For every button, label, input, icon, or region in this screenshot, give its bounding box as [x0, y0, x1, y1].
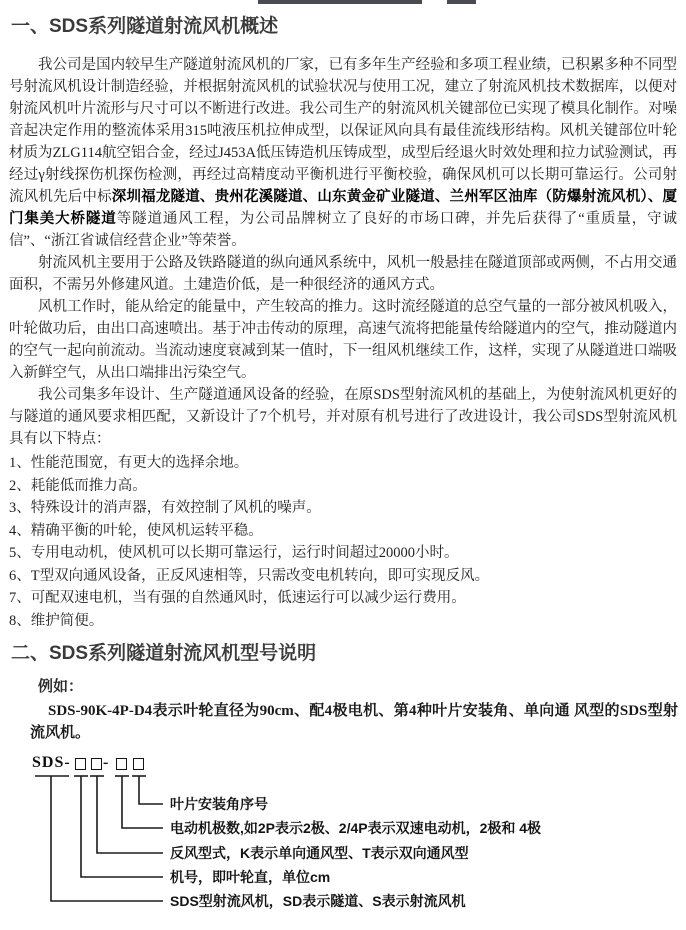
overview-paragraph-4: 我公司集多年设计、生产隧道通风设备的经验，在原SDS型射流风机的基础上，为使射流… — [9, 384, 677, 450]
model-box-fan-size-1 — [75, 758, 86, 770]
example-label: 例如： — [38, 675, 677, 696]
label-motor-poles: 电动机极数,如2P表示2极、2/4P表示双速电动机，2极和 4极 — [170, 818, 541, 838]
label-sds-meaning: SDS型射流风机，SD表示隧道、S表示射流风机 — [170, 891, 466, 911]
label-fan-size: 机号，即叶轮直，单位cm — [170, 867, 330, 887]
overview-paragraph-1: 我公司是国内较早生产隧道射流风机的厂家，已有多年生产经验和多项工程业绩，已积累多… — [9, 54, 677, 252]
model-box-blade-angle — [133, 758, 144, 770]
document-content: 一、SDS系列隧道射流风机概述 我公司是国内较早生产隧道射流风机的厂家，已有多年… — [0, 14, 686, 930]
feature-item-6: 6、T型双向通风设备，正反风速相等，只需改变电机转向，即可实现反风。 — [9, 565, 677, 588]
label-reverse-type: 反风型式，K表示单向通风型、T表示双向通风型 — [170, 843, 469, 863]
feature-item-2: 2、耗能低而推力高。 — [9, 475, 677, 498]
cutoff-header-bar-left — [258, 0, 422, 4]
model-box-fan-size-2 — [91, 758, 102, 770]
label-blade-angle-serial: 叶片安装角序号 — [170, 794, 268, 814]
model-prefix-text: SDS- — [32, 754, 71, 772]
document-page: 一、SDS系列隧道射流风机概述 我公司是国内较早生产隧道射流风机的厂家，已有多年… — [0, 0, 686, 930]
cutoff-header-bar-right — [447, 0, 476, 4]
example-model-description: SDS-90K-4P-D4表示叶轮直径为90cm、配4极电机、第4种叶片安装角、… — [30, 700, 678, 744]
section2-heading: 二、SDS系列隧道射流风机型号说明 — [9, 641, 677, 667]
paragraph1-text-before: 我公司是国内较早生产隧道射流风机的厂家，已有多年生产经验和多项工程业绩，已积累多… — [9, 57, 677, 205]
model-box-pole-code — [116, 758, 127, 770]
feature-item-1: 1、性能范围宽，有更大的选择余地。 — [9, 452, 677, 475]
section1-heading: 一、SDS系列隧道射流风机概述 — [9, 14, 677, 40]
feature-item-3: 3、特殊设计的消声器，有效控制了风机的噪声。 — [9, 497, 677, 520]
feature-item-4: 4、精确平衡的叶轮，使风机运转平稳。 — [9, 520, 677, 543]
feature-list: 1、性能范围宽，有更大的选择余地。 2、耗能低而推力高。 3、特殊设计的消声器，… — [9, 452, 677, 632]
model-dash-text: - — [103, 754, 108, 772]
feature-item-5: 5、专用电动机，使风机可以长期可靠运行，运行时间超过20000小时。 — [9, 542, 677, 565]
overview-paragraph-3: 风机工作时，能从给定的能量中，产生较高的推力。这时流经隧道的总空气量的一部分被风… — [9, 296, 677, 384]
feature-item-7: 7、可配双速电机，当有强的自然通风时，低速运行可以减少运行费用。 — [9, 587, 677, 610]
feature-item-8: 8、维护简便。 — [9, 610, 677, 633]
overview-paragraph-2: 射流风机主要用于公路及铁路隧道的纵向通风系统中，风机一般悬挂在隧道顶部或两侧，不… — [9, 252, 677, 296]
model-code-diagram: SDS- - 叶片安装角序号 电动机极数,如2P表示2极、2/4P表示双速电动机… — [9, 752, 677, 930]
